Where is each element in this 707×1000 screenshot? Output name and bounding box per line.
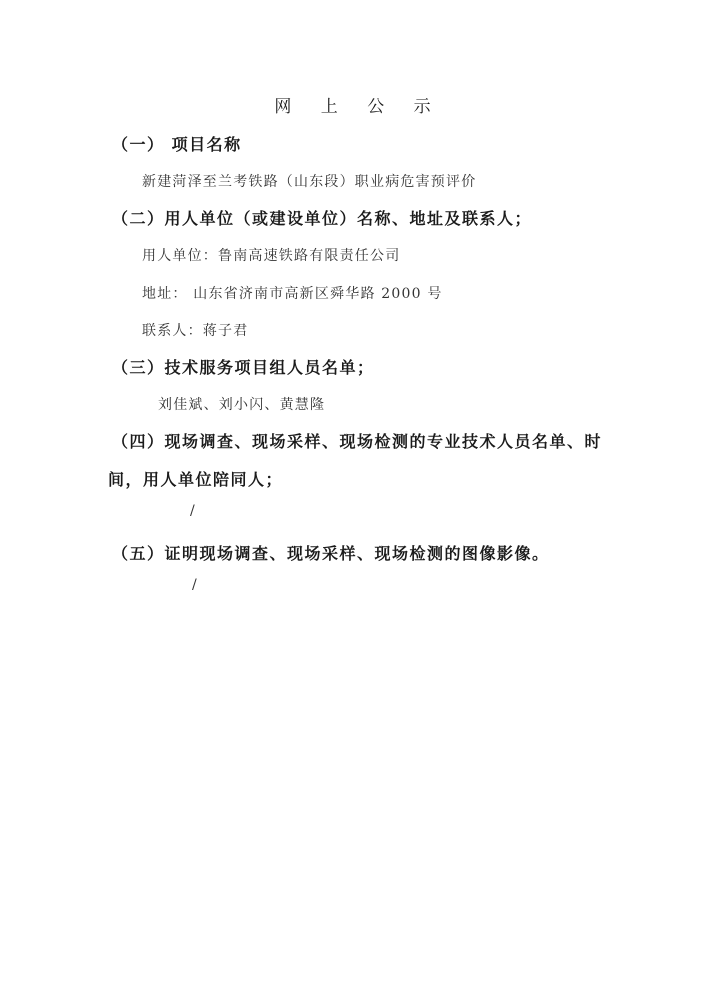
section-4-heading-line2: 间，用人单位陪同人； [108,467,283,490]
section-5-heading: （五）证明现场调查、现场采样、现场检测的图像影像。 [112,541,550,564]
employer-name: 用人单位：鲁南高速铁路有限责任公司 [142,245,400,265]
team-members: 刘佳斌、刘小闪、黄慧隆 [158,394,325,414]
section-1-heading: （一） 项目名称 [112,132,242,155]
contact-person: 联系人：蒋子君 [142,320,248,340]
section-4-value: / [190,503,196,519]
section-5-value: / [192,577,198,593]
employer-address: 地址： 山东省济南市高新区舜华路 2000 号 [142,283,443,303]
project-name: 新建菏泽至兰考铁路（山东段）职业病危害预评价 [142,171,476,191]
section-3-heading: （三）技术服务项目组人员名单； [112,355,375,378]
section-4-heading-line1: （四）现场调查、现场采样、现场检测的专业技术人员名单、时 [112,429,602,452]
page-title: 网 上 公 示 [0,92,707,117]
section-2-heading: （二）用人单位（或建设单位）名称、地址及联系人； [112,206,532,229]
